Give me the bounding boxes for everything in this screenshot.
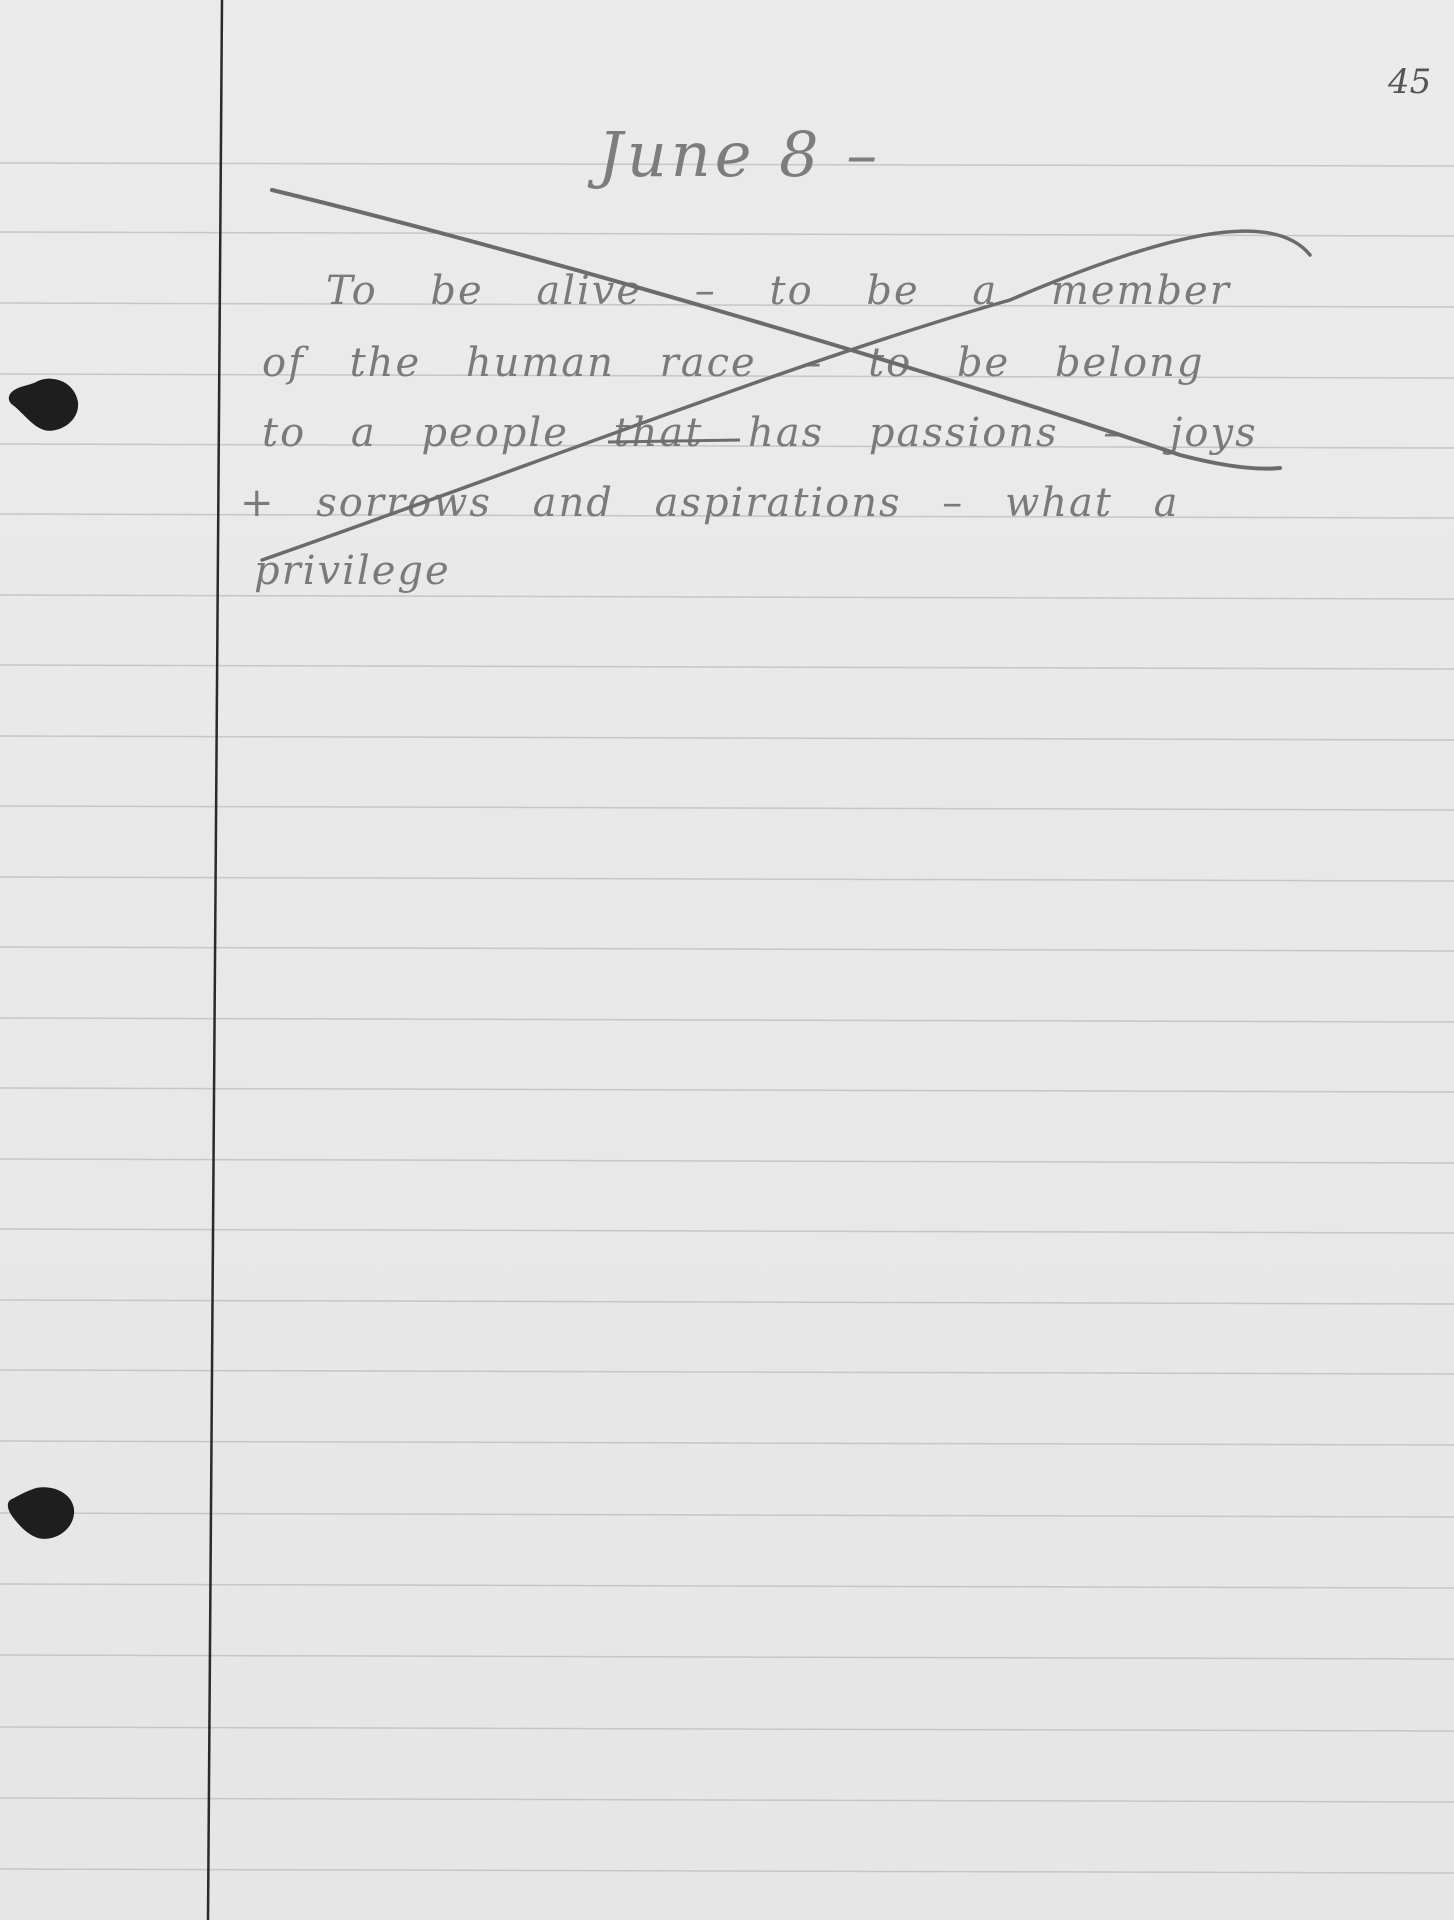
punch-hole-top xyxy=(6,372,82,432)
entry-line-2: of the human race – to be belong xyxy=(262,340,1204,386)
entry-line-5: privilege xyxy=(254,548,451,594)
entry-line-1: To be alive – to be a member xyxy=(326,268,1231,314)
punch-hole-bottom xyxy=(4,1484,80,1544)
page-number: 45 xyxy=(1388,62,1431,102)
date-heading: June 8 – xyxy=(598,118,881,191)
entry-line-3-text: to a people that has passions – joys xyxy=(262,410,1258,456)
margin-line xyxy=(208,0,222,1920)
notebook-page: 45 June 8 – To be alive – to be a member… xyxy=(0,0,1454,1920)
entry-line-3: that to a people that has passions – joy… xyxy=(262,410,1258,456)
entry-line-4: + sorrows and aspirations – what a xyxy=(240,480,1179,526)
